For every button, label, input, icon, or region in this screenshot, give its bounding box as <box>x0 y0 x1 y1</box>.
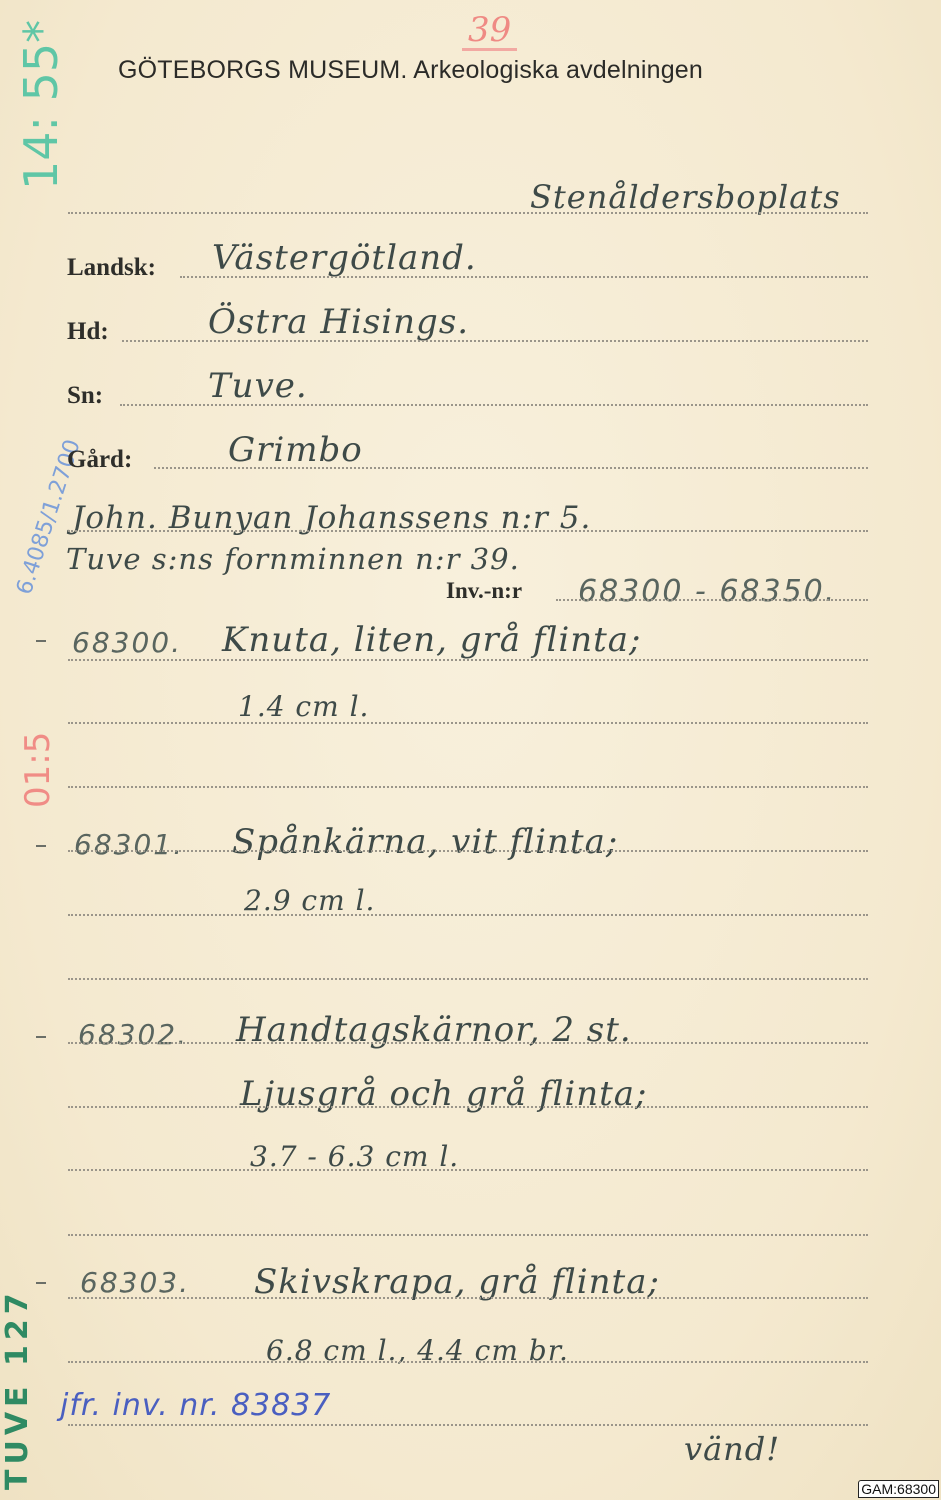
entry-dash <box>36 1282 46 1284</box>
entry-material: Ljusgrå och grå flinta; <box>240 1074 648 1114</box>
gard-label: Gård: <box>67 446 132 474</box>
sn-label: Sn: <box>67 382 103 410</box>
dotted-rule <box>68 1234 868 1236</box>
dotted-rule <box>68 1424 868 1426</box>
entry-number: 68303. <box>80 1266 190 1299</box>
margin-red-annotation: 01:5 <box>18 732 58 808</box>
dotted-rule <box>68 1169 868 1171</box>
entry-dash <box>36 1036 46 1038</box>
dotted-rule <box>68 1042 868 1044</box>
landsk-label: Landsk: <box>67 254 156 282</box>
museum-header: GÖTEBORGS MUSEUM. Arkeologiska avdelning… <box>118 56 703 85</box>
note-line-2: Tuve s:ns fornminnen n:r 39. <box>66 542 520 576</box>
site-type: Stenåldersboplats <box>530 178 841 216</box>
turn-over-note: vänd! <box>684 1430 780 1468</box>
dotted-rule <box>68 1297 868 1299</box>
dotted-rule <box>122 340 868 342</box>
entry-description: Spånkärna, vit flinta; <box>232 822 618 862</box>
dotted-rule <box>68 786 868 788</box>
dotted-rule <box>68 722 868 724</box>
gard-value: Grimbo <box>228 430 363 470</box>
entry-measurement: 1.4 cm l. <box>238 690 369 723</box>
sn-value: Tuve. <box>208 366 308 406</box>
entry-description: Handtagskärnor, 2 st. <box>236 1010 632 1050</box>
dotted-rule <box>68 850 868 852</box>
entry-number: 68302. <box>78 1018 188 1051</box>
dotted-rule <box>68 1361 868 1363</box>
dotted-rule <box>68 659 868 661</box>
inventory-label: Inv.-n:r <box>446 578 522 604</box>
hd-label: Hd: <box>67 318 109 346</box>
entry-description: Skivskrapa, grå flinta; <box>254 1262 660 1302</box>
entry-number: 68301. <box>74 828 184 861</box>
dotted-rule <box>154 467 868 469</box>
dotted-rule <box>68 978 868 980</box>
hd-value: Östra Hisings. <box>208 302 469 342</box>
entry-dash <box>36 845 46 847</box>
tuve-stamp: TUVE 127 <box>0 1288 35 1490</box>
cross-reference: jfr. inv. nr. 83837 <box>60 1388 331 1423</box>
card-number: 39 <box>462 12 517 51</box>
catalog-id-tag: GAM:68300 <box>858 1480 939 1498</box>
landsk-value: Västergötland. <box>212 238 477 278</box>
dotted-rule <box>68 914 868 916</box>
entry-number: 68300. <box>72 626 182 659</box>
inventory-range: 68300 - 68350. <box>578 574 836 609</box>
dotted-rule <box>68 212 868 214</box>
margin-green-annotation: 14: 55* <box>14 20 68 190</box>
dotted-rule <box>120 404 868 406</box>
entry-measurement: 2.9 cm l. <box>244 884 375 917</box>
dotted-rule <box>68 1106 868 1108</box>
entry-description: Knuta, liten, grå flinta; <box>222 620 642 660</box>
entry-dash <box>36 640 46 642</box>
dotted-rule <box>180 276 868 278</box>
dotted-rule <box>68 530 868 532</box>
dotted-rule <box>556 599 868 601</box>
